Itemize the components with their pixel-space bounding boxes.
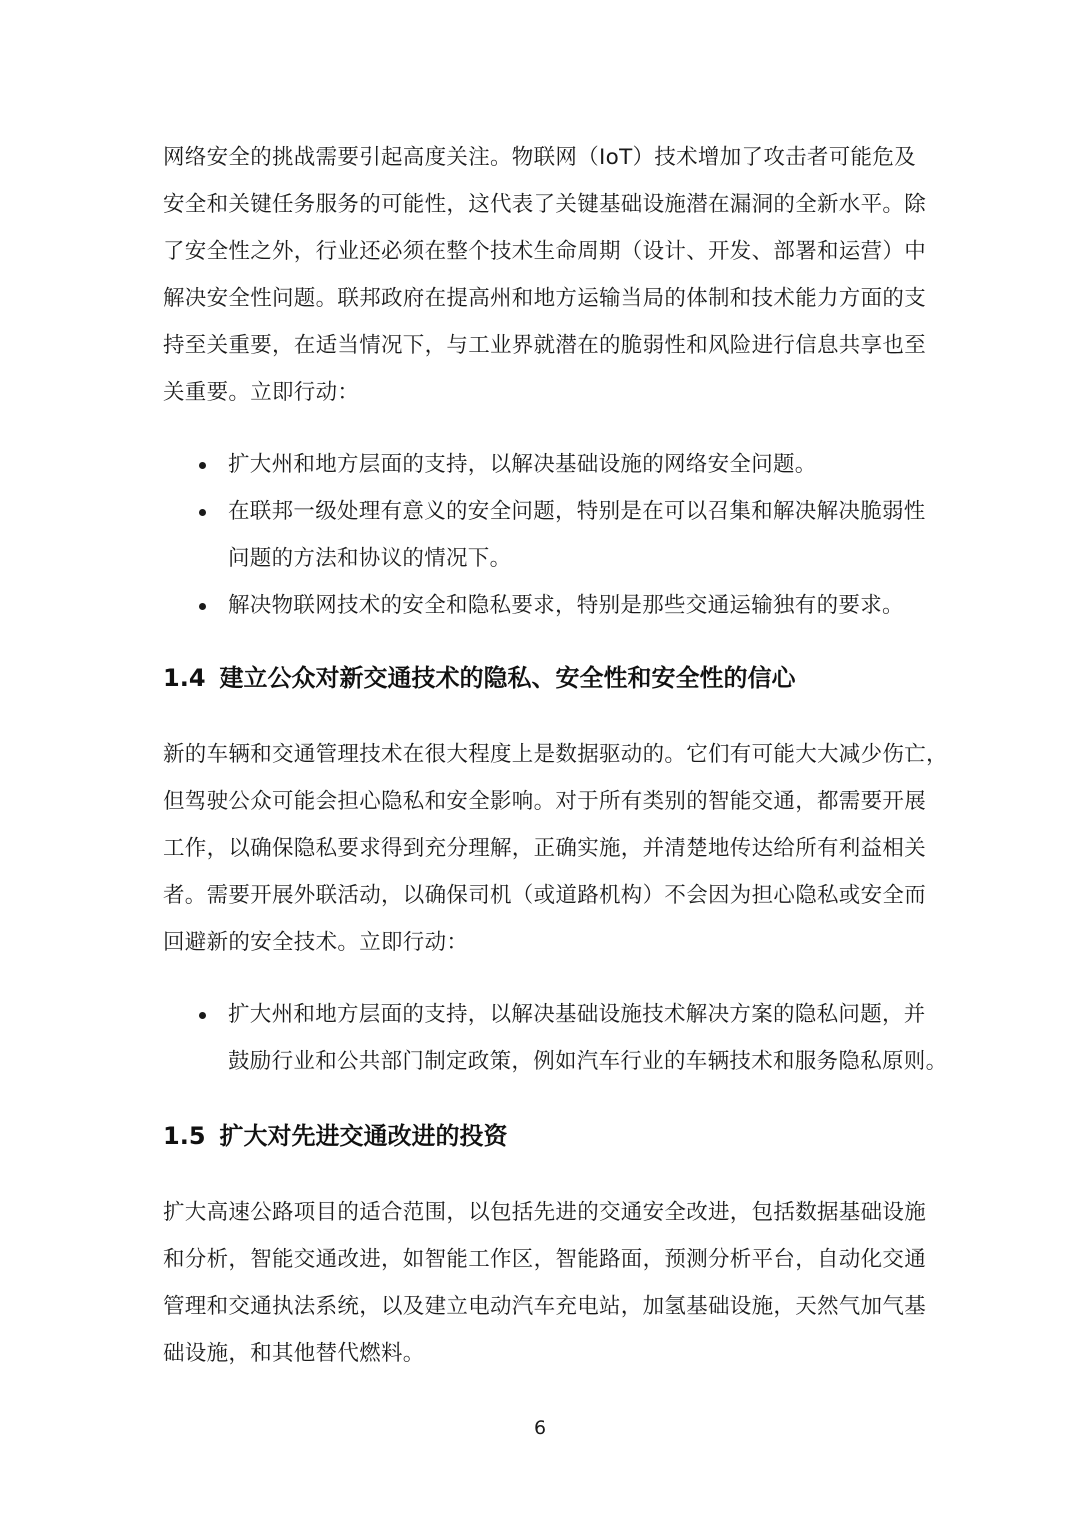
paragraph-line: 安全和关键任务服务的可能性，这代表了关键基础设施潜在漏洞的全新水平。除 xyxy=(163,190,926,220)
bullet-text: 扩大州和地方层面的支持，以解决基础设施的网络安全问题。 xyxy=(228,450,817,480)
section-heading-1-5: 1.5扩大对先进交通改进的投资 xyxy=(163,1120,508,1152)
paragraph-line: 新的车辆和交通管理技术在很大程度上是数据驱动的。它们有可能大大减少伤亡， xyxy=(163,740,948,770)
paragraph-line: 关重要。立即行动： xyxy=(163,378,359,408)
section-heading-1-4: 1.4建立公众对新交通技术的隐私、安全性和安全性的信心 xyxy=(163,662,796,694)
paragraph-line: 扩大高速公路项目的适合范围，以包括先进的交通安全改进，包括数据基础设施 xyxy=(163,1198,926,1228)
bullet-text: 问题的方法和协议的情况下。 xyxy=(228,544,511,574)
paragraph-line: 和分析，智能交通改进，如智能工作区，智能路面，预测分析平台，自动化交通 xyxy=(163,1245,926,1275)
section-title: 建立公众对新交通技术的隐私、安全性和安全性的信心 xyxy=(220,664,796,692)
paragraph-line: 解决安全性问题。联邦政府在提高州和地方运输当局的体制和技术能力方面的支 xyxy=(163,284,926,314)
paragraph-line: 了安全性之外，行业还必须在整个技术生命周期（设计、开发、部署和运营）中 xyxy=(163,237,926,267)
paragraph-line: 管理和交通执法系统，以及建立电动汽车充电站，加氢基础设施，天然气加气基 xyxy=(163,1292,926,1322)
bullet-text: 在联邦一级处理有意义的安全问题，特别是在可以召集和解决解决脆弱性 xyxy=(228,497,926,527)
section-number: 1.4 xyxy=(163,664,206,692)
paragraph-line: 网络安全的挑战需要引起高度关注。物联网（IoT）技术增加了攻击者可能危及 xyxy=(163,143,916,173)
paragraph-line: 回避新的安全技术。立即行动： xyxy=(163,928,468,958)
bullet-text: 鼓励行业和公共部门制定政策，例如汽车行业的车辆技术和服务隐私原则。 xyxy=(228,1047,947,1077)
bullet-icon xyxy=(199,509,206,516)
bullet-icon xyxy=(199,603,206,610)
paragraph-line: 者。需要开展外联活动，以确保司机（或道路机构）不会因为担心隐私或安全而 xyxy=(163,881,926,911)
section-number: 1.5 xyxy=(163,1122,206,1150)
bullet-icon xyxy=(199,1012,206,1019)
paragraph-line: 持至关重要，在适当情况下，与工业界就潜在的脆弱性和风险进行信息共享也至 xyxy=(163,331,926,361)
paragraph-line: 但驾驶公众可能会担心隐私和安全影响。对于所有类别的智能交通，都需要开展 xyxy=(163,787,926,817)
page-number: 6 xyxy=(0,1416,1080,1440)
paragraph-line: 础设施，和其他替代燃料。 xyxy=(163,1339,425,1369)
bullet-text: 解决物联网技术的安全和隐私要求，特别是那些交通运输独有的要求。 xyxy=(228,591,904,621)
paragraph-line: 工作，以确保隐私要求得到充分理解，正确实施，并清楚地传达给所有利益相关 xyxy=(163,834,926,864)
section-title: 扩大对先进交通改进的投资 xyxy=(220,1122,508,1150)
document-page: 网络安全的挑战需要引起高度关注。物联网（IoT）技术增加了攻击者可能危及 安全和… xyxy=(0,0,1080,1527)
bullet-icon xyxy=(199,462,206,469)
bullet-text: 扩大州和地方层面的支持，以解决基础设施技术解决方案的隐私问题，并 xyxy=(228,1000,926,1030)
